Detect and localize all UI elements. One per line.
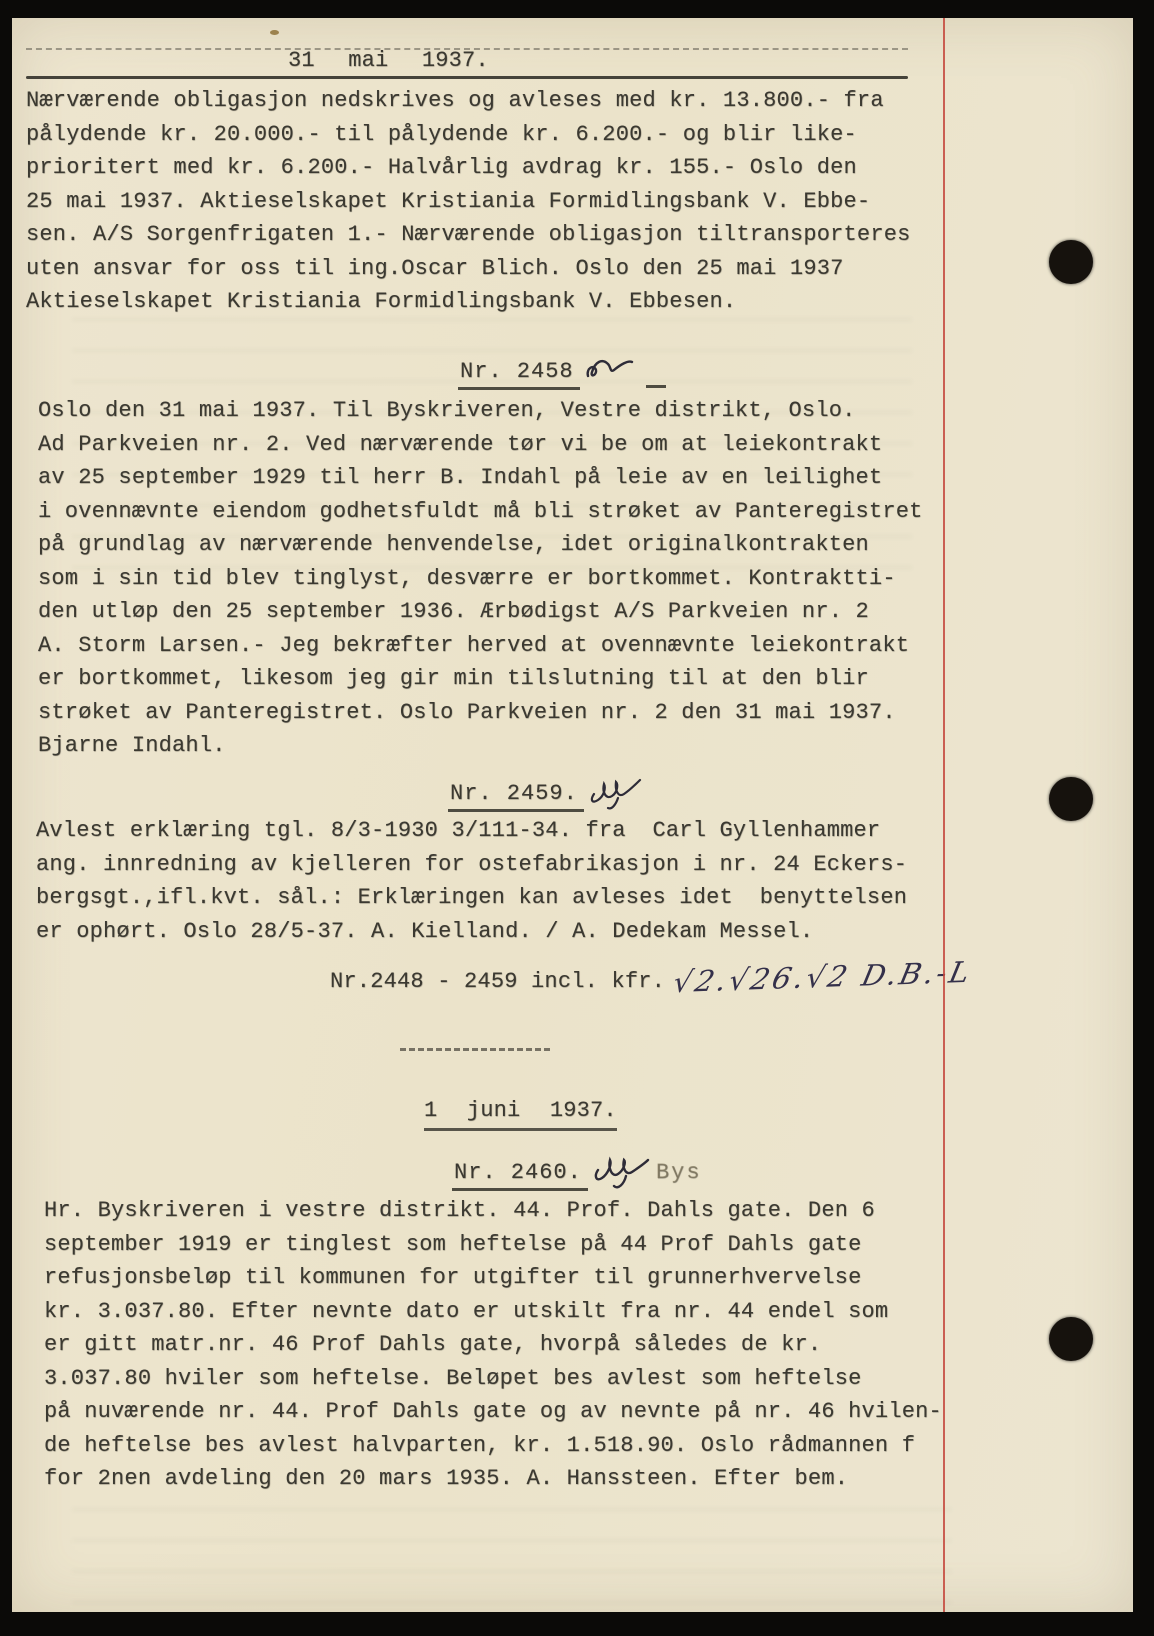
text-line: uten ansvar for oss til ing.Oscar Blich.… (26, 252, 946, 286)
paragraph-nr-2459: Avlest erklæring tgl. 8/3-1930 3/111-34.… (36, 814, 956, 948)
punch-hole (1049, 240, 1093, 284)
section-divider (400, 1048, 550, 1051)
handwritten-initials: √2.√26.√2 D.B.-L (670, 955, 976, 999)
text-line: Oslo den 31 mai 1937. Til Byskriveren, V… (38, 394, 958, 428)
text-line: prioritert med kr. 6.200.- Halvårlig avd… (26, 151, 946, 185)
text-line: pålydende kr. 20.000.- til pålydende kr.… (26, 118, 946, 152)
text-line: av 25 september 1929 til herr B. Indahl … (38, 461, 958, 495)
text-line: på grundlag av nærværende henvendelse, i… (38, 528, 958, 562)
text-line: 25 mai 1937. Aktieselskapet Kristiania F… (26, 185, 946, 219)
date-header-1-juni-1937: 1 juni 1937. (424, 1098, 617, 1131)
text-line: er ophørt. Oslo 28/5-37. A. Kielland. / … (36, 915, 956, 949)
punch-hole (1049, 1317, 1093, 1361)
text-line: A. Storm Larsen.- Jeg bekræfter herved a… (38, 629, 958, 663)
text-line: refusjonsbeløp til kommunen for utgifter… (44, 1261, 964, 1295)
paragraph-obligation: Nærværende obligasjon nedskrives og avle… (26, 84, 946, 319)
handwritten-mark-icon (584, 354, 636, 388)
text-line: Bjarne Indahl. (38, 729, 958, 763)
handwritten-mark-icon (588, 774, 644, 812)
paragraph-nr-2460: Hr. Byskriveren i vestre distrikt. 44. P… (44, 1194, 964, 1496)
text-line: er gitt matr.nr. 46 Prof Dahls gate, hvo… (44, 1328, 964, 1362)
text-line: på nuværende nr. 44. Prof Dahls gate og … (44, 1395, 964, 1429)
mark-underline (646, 359, 666, 388)
handwritten-mark-icon (592, 1152, 650, 1192)
punch-hole (1049, 777, 1093, 821)
heading-nr-2459: Nr. 2459. (448, 774, 644, 812)
text-line: 3.037.80 hviler som heftelse. Beløpet be… (44, 1362, 964, 1396)
text-line: i ovennævnte eiendom godhetsfuldt må bli… (38, 495, 958, 529)
scanned-register-page: 31 mai 1937. Nærværende obligasjon nedsk… (0, 0, 1154, 1636)
text-line: Nærværende obligasjon nedskrives og avle… (26, 84, 946, 118)
text-line: Aktieselskapet Kristiania Formidlingsban… (26, 285, 946, 319)
text-line: de heftelse bes avlest halvparten, kr. 1… (44, 1429, 964, 1463)
heading-nr-2460: Nr. 2460. Bys (452, 1152, 701, 1192)
summary-text: Nr.2448 - 2459 incl. kfr. (330, 969, 665, 994)
bleedthrough-ghost (72, 1508, 952, 1618)
text-line: Ad Parkveien nr. 2. Ved nærværende tør v… (38, 428, 958, 462)
heading-nr-2458: Nr. 2458 (458, 354, 666, 388)
text-line: strøket av Panteregistret. Oslo Parkveie… (38, 696, 958, 730)
text-line: den utløp den 25 september 1936. Ærbødig… (38, 595, 958, 629)
text-line: Hr. Byskriveren i vestre distrikt. 44. P… (44, 1194, 964, 1228)
summary-line: Nr.2448 - 2459 incl. kfr.√2.√26.√2 D.B.-… (330, 960, 971, 994)
red-margin-line (943, 18, 945, 1612)
text-line: ang. innredning av kjelleren for ostefab… (36, 848, 956, 882)
paper-sheet: 31 mai 1937. Nærværende obligasjon nedsk… (12, 18, 1133, 1612)
date-header-31-mai-1937: 31 mai 1937. (288, 48, 489, 74)
header-underline (26, 76, 908, 79)
paper-speck (270, 30, 279, 35)
faint-stamp: Bys (656, 1160, 702, 1185)
entry-number: Nr. 2458 (458, 359, 580, 390)
text-line: som i sin tid blev tinglyst, desværre er… (38, 562, 958, 596)
text-line: september 1919 er tinglest som heftelse … (44, 1228, 964, 1262)
text-line: er bortkommet, likesom jeg gir min tilsl… (38, 662, 958, 696)
text-line: Avlest erklæring tgl. 8/3-1930 3/111-34.… (36, 814, 956, 848)
paragraph-nr-2458: Oslo den 31 mai 1937. Til Byskriveren, V… (38, 394, 958, 763)
entry-number: Nr. 2459. (448, 781, 584, 812)
text-line: for 2nen avdeling den 20 mars 1935. A. H… (44, 1462, 964, 1496)
text-line: sen. A/S Sorgenfrigaten 1.- Nærværende o… (26, 218, 946, 252)
entry-number: Nr. 2460. (452, 1160, 588, 1191)
text-line: bergsgt.,ifl.kvt. sål.: Erklæringen kan … (36, 881, 956, 915)
text-line: kr. 3.037.80. Efter nevnte dato er utski… (44, 1295, 964, 1329)
